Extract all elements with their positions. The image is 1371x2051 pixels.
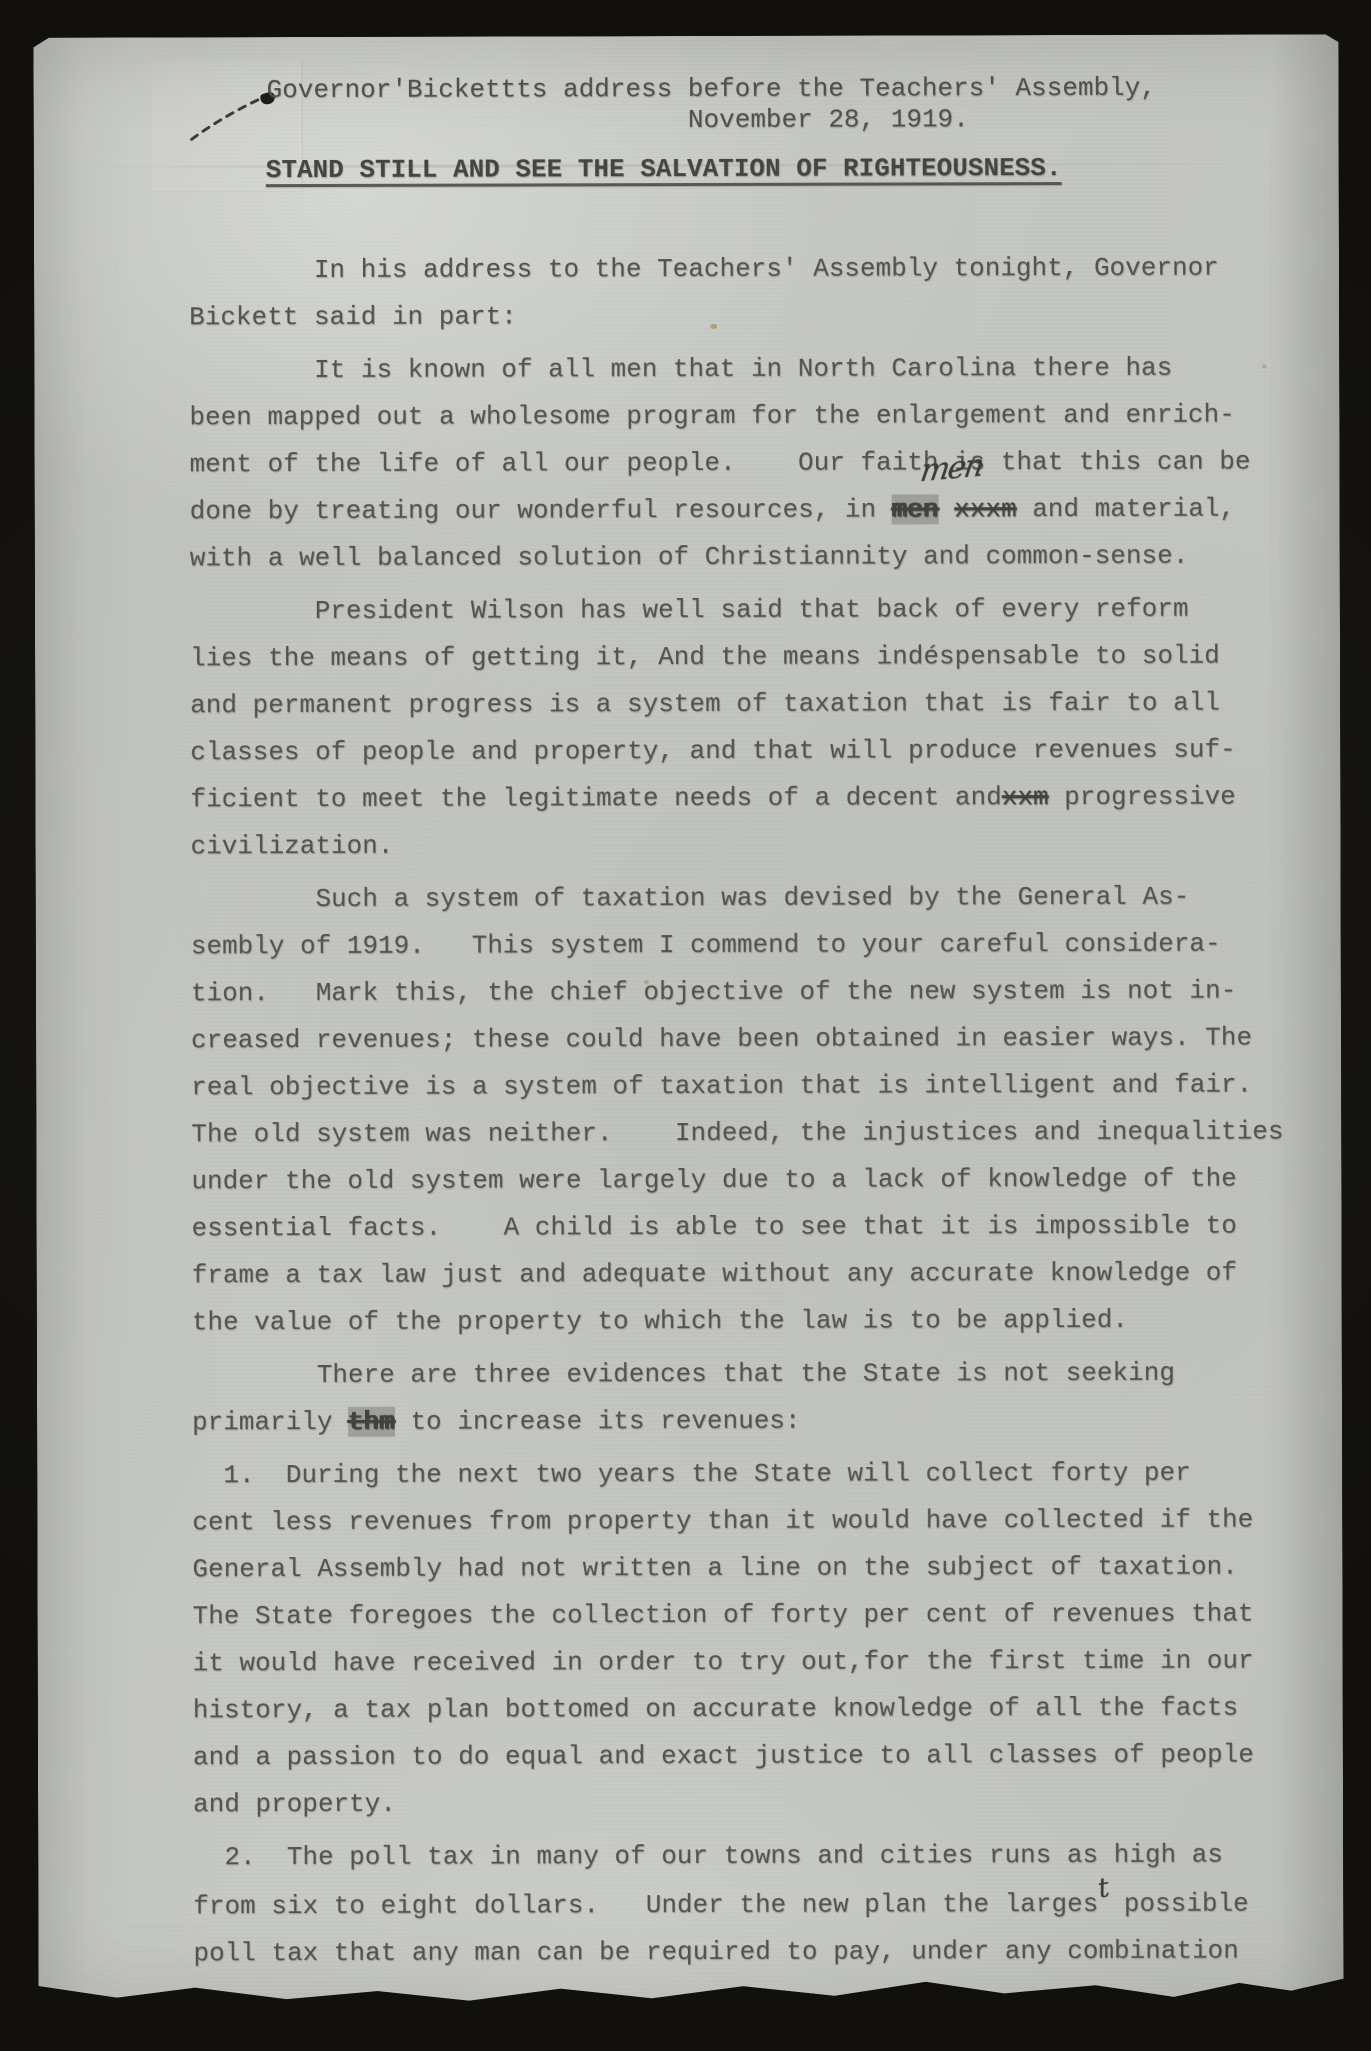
document-title: STAND STILL AND SEE THE SALVATION OF RIG… [189,150,1349,187]
typed-line: 2. The poll tax in many of our towns and… [193,1831,1353,1881]
typed-line: it would have received in order to try o… [193,1637,1353,1687]
typed-line: essential facts. A child is able to see … [191,1202,1351,1252]
header-line-2: November 28, 1919. [189,103,1349,137]
typed-line: It is known of all men that in North Car… [189,344,1349,394]
typed-line: lies the means of getting it, And the me… [190,632,1350,682]
typed-line: sembly of 1919. This system I commend to… [191,920,1351,970]
typed-line: history, a tax plan bottomed on accurate… [193,1684,1353,1734]
typed-line: There are three evidences that the State… [192,1349,1352,1399]
typed-line: been mapped out a wholesome program for … [189,391,1349,441]
typed-line: civilization. [190,820,1350,870]
photograph-background: Governor'Bickettts address before the Te… [0,0,1371,2051]
typed-line: tion. Mark this, the chief objective of … [191,967,1351,1017]
typed-line: and a passion to do equal and exact just… [193,1731,1353,1781]
typed-line: In his address to the Teachers' Assembly… [189,244,1349,294]
struck-out-text: men [892,494,939,524]
handwritten-correction: men [918,450,984,487]
typed-line: the value of the property to which the l… [192,1296,1352,1346]
typed-line: The State foregoes the collection of for… [192,1590,1352,1640]
typed-line: President Wilson has well said that back… [190,585,1350,635]
typed-line: classes of people and property, and that… [190,726,1350,776]
title-text: STAND STILL AND SEE THE SALVATION OF RIG… [266,153,1062,185]
typed-line: with a well balanced solution of Christi… [190,532,1350,582]
typed-line: ficient to meet the legitimate needs of … [190,773,1350,823]
typed-line: 1. During the next two years the State w… [192,1449,1352,1499]
struck-out-text: thm [348,1407,395,1437]
text-column: Governor'Bickettts address before the Te… [189,72,1354,1977]
struck-out-text: xxxm [954,494,1017,524]
typed-line: Such a system of taxation was devised by… [191,873,1351,923]
typed-line: done by treating our wonderful resources… [190,485,1350,535]
typed-line: poll tax that any man can be required to… [193,1927,1353,1977]
typed-line: creased revenues; these could have been … [191,1014,1351,1064]
document-page: Governor'Bickettts address before the Te… [33,34,1343,2007]
typed-line: primarily thm to increase its revenues: [192,1396,1352,1446]
typed-line: real objective is a system of taxation t… [191,1061,1351,1111]
typed-line: The old system was neither. Indeed, the … [191,1108,1351,1158]
typed-line: and permanent progress is a system of ta… [190,679,1350,729]
typed-line: and property. [193,1778,1353,1828]
body-text: In his address to the Teachers' Assembly… [189,244,1354,1977]
typed-line: General Assembly had not written a line … [192,1543,1352,1593]
typed-line: under the old system were largely due to… [191,1155,1351,1205]
struck-out-text: xxm [1002,782,1049,812]
typed-line: cent less revenues from property than it… [192,1496,1352,1546]
typed-line: frame a tax law just and adequate withou… [192,1249,1352,1299]
header-line-1: Governor'Bickettts address before the Te… [189,72,1349,106]
typed-line: Bickett said in part: [189,291,1349,341]
typed-line: ment of the life of all our people. Our … [189,438,1349,488]
typed-line: from six to eight dollars. Under the new… [193,1878,1353,1930]
